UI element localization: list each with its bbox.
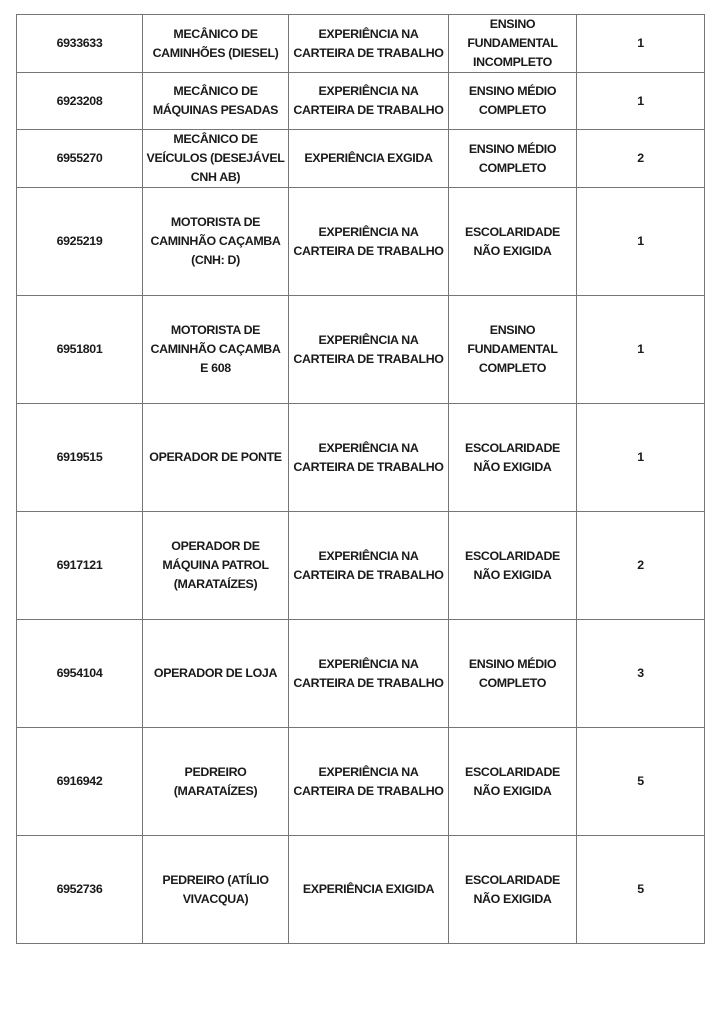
job-title-cell: PEDREIRO (ATÍLIO VIVACQUA) [143, 836, 289, 944]
openings-count-cell: 2 [577, 130, 705, 188]
education-requirement-cell: ESCOLARIDADE NÃO EXIGIDA [449, 836, 577, 944]
job-code-cell: 6923208 [17, 73, 143, 130]
job-code-cell: 6955270 [17, 130, 143, 188]
job-code-cell: 6917121 [17, 512, 143, 620]
openings-count-cell: 5 [577, 728, 705, 836]
education-requirement-cell: ENSINO MÉDIO COMPLETO [449, 73, 577, 130]
job-code-cell: 6916942 [17, 728, 143, 836]
table-row: 6916942 PEDREIRO (MARATAÍZES) EXPERIÊNCI… [17, 728, 705, 836]
experience-requirement-cell: EXPERIÊNCIA NA CARTEIRA DE TRABALHO [289, 188, 449, 296]
job-openings-table: 6933633 MECÂNICO DE CAMINHÕES (DIESEL) E… [16, 14, 705, 944]
table-row: 6917121 OPERADOR DE MÁQUINA PATROL (MARA… [17, 512, 705, 620]
education-requirement-cell: ESCOLARIDADE NÃO EXIGIDA [449, 728, 577, 836]
openings-count-cell: 2 [577, 512, 705, 620]
job-code-cell: 6954104 [17, 620, 143, 728]
education-requirement-cell: ENSINO MÉDIO COMPLETO [449, 130, 577, 188]
job-code-cell: 6951801 [17, 296, 143, 404]
openings-count-cell: 3 [577, 620, 705, 728]
job-rows: 6933633 MECÂNICO DE CAMINHÕES (DIESEL) E… [17, 15, 705, 944]
experience-requirement-cell: EXPERIÊNCIA EXIGIDA [289, 836, 449, 944]
job-code-cell: 6952736 [17, 836, 143, 944]
job-title-cell: MECÂNICO DE VEÍCULOS (DESEJÁVEL CNH AB) [143, 130, 289, 188]
job-title-cell: MECÂNICO DE CAMINHÕES (DIESEL) [143, 15, 289, 73]
openings-count-cell: 1 [577, 296, 705, 404]
table-row: 6952736 PEDREIRO (ATÍLIO VIVACQUA) EXPER… [17, 836, 705, 944]
table-row: 6954104 OPERADOR DE LOJA EXPERIÊNCIA NA … [17, 620, 705, 728]
education-requirement-cell: ENSINO MÉDIO COMPLETO [449, 620, 577, 728]
education-requirement-cell: ESCOLARIDADE NÃO EXIGIDA [449, 404, 577, 512]
experience-requirement-cell: EXPERIÊNCIA EXGIDA [289, 130, 449, 188]
job-code-cell: 6933633 [17, 15, 143, 73]
table-row: 6933633 MECÂNICO DE CAMINHÕES (DIESEL) E… [17, 15, 705, 73]
openings-count-cell: 1 [577, 73, 705, 130]
experience-requirement-cell: EXPERIÊNCIA NA CARTEIRA DE TRABALHO [289, 404, 449, 512]
job-code-cell: 6925219 [17, 188, 143, 296]
job-title-cell: PEDREIRO (MARATAÍZES) [143, 728, 289, 836]
openings-count-cell: 1 [577, 188, 705, 296]
openings-count-cell: 1 [577, 15, 705, 73]
table-row: 6925219 MOTORISTA DE CAMINHÃO CAÇAMBA (C… [17, 188, 705, 296]
education-requirement-cell: ESCOLARIDADE NÃO EXIGIDA [449, 512, 577, 620]
experience-requirement-cell: EXPERIÊNCIA NA CARTEIRA DE TRABALHO [289, 728, 449, 836]
job-title-cell: OPERADOR DE PONTE [143, 404, 289, 512]
job-title-cell: MOTORISTA DE CAMINHÃO CAÇAMBA (CNH: D) [143, 188, 289, 296]
table-row: 6919515 OPERADOR DE PONTE EXPERIÊNCIA NA… [17, 404, 705, 512]
job-title-cell: MECÂNICO DE MÁQUINAS PESADAS [143, 73, 289, 130]
experience-requirement-cell: EXPERIÊNCIA NA CARTEIRA DE TRABALHO [289, 512, 449, 620]
job-title-cell: OPERADOR DE LOJA [143, 620, 289, 728]
table-row: 6955270 MECÂNICO DE VEÍCULOS (DESEJÁVEL … [17, 130, 705, 188]
job-title-cell: OPERADOR DE MÁQUINA PATROL (MARATAÍZES) [143, 512, 289, 620]
experience-requirement-cell: EXPERIÊNCIA NA CARTEIRA DE TRABALHO [289, 15, 449, 73]
table-row: 6923208 MECÂNICO DE MÁQUINAS PESADAS EXP… [17, 73, 705, 130]
table-row: 6951801 MOTORISTA DE CAMINHÃO CAÇAMBA E … [17, 296, 705, 404]
openings-count-cell: 5 [577, 836, 705, 944]
experience-requirement-cell: EXPERIÊNCIA NA CARTEIRA DE TRABALHO [289, 296, 449, 404]
job-title-cell: MOTORISTA DE CAMINHÃO CAÇAMBA E 608 [143, 296, 289, 404]
openings-count-cell: 1 [577, 404, 705, 512]
education-requirement-cell: ENSINO FUNDAMENTAL COMPLETO [449, 296, 577, 404]
education-requirement-cell: ESCOLARIDADE NÃO EXIGIDA [449, 188, 577, 296]
experience-requirement-cell: EXPERIÊNCIA NA CARTEIRA DE TRABALHO [289, 620, 449, 728]
experience-requirement-cell: EXPERIÊNCIA NA CARTEIRA DE TRABALHO [289, 73, 449, 130]
job-code-cell: 6919515 [17, 404, 143, 512]
education-requirement-cell: ENSINO FUNDAMENTAL INCOMPLETO [449, 15, 577, 73]
